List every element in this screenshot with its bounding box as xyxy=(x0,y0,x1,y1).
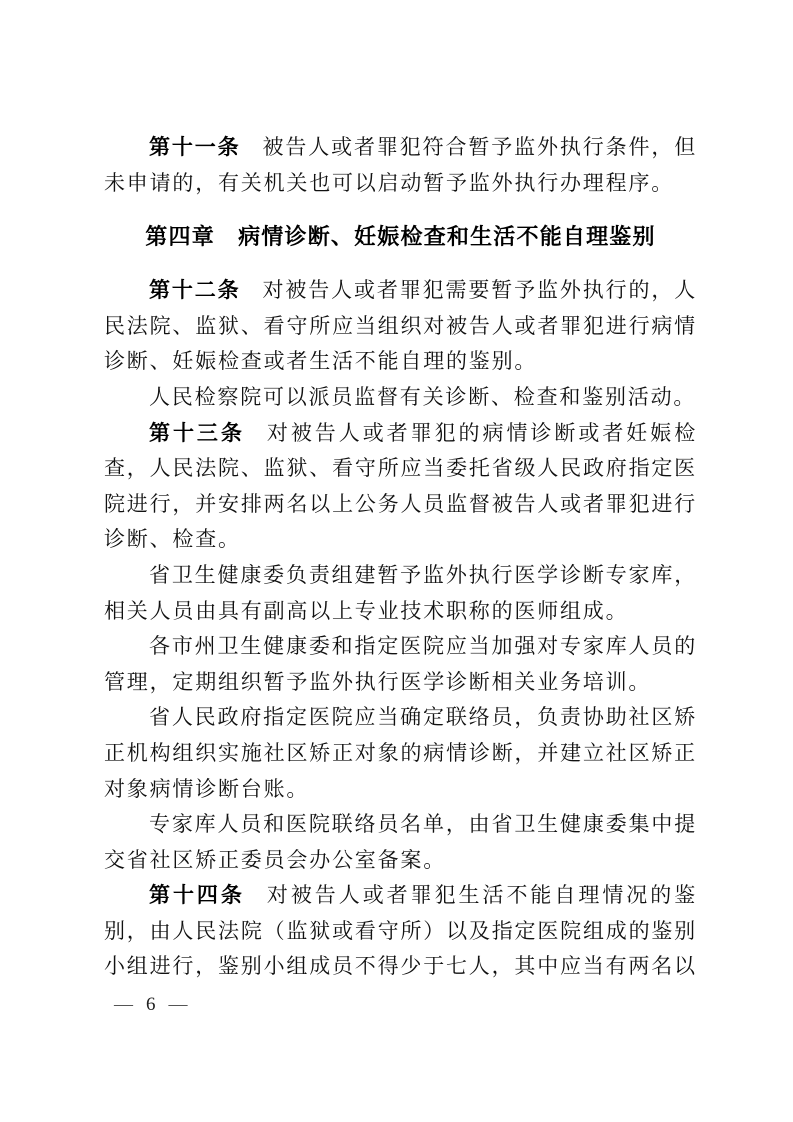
page-number: 6 xyxy=(146,994,156,1016)
body-paragraph: 省卫生健康委负责组建暂予监外执行医学诊断专家库，相关人员由具有副高以上专业技术职… xyxy=(104,558,697,629)
article-paragraph: 第十二条对被告人或者罪犯需要暂予监外执行的，人民法院、监狱、看守所应当组织对被告… xyxy=(104,273,697,380)
document-body: 第十一条被告人或者罪犯符合暂予监外执行条件，但未申请的，有关机关也可以启动暂予监… xyxy=(104,130,697,985)
paragraph-text: 专家库人员和医院联络员名单，由省卫生健康委集中提交省社区矫正委员会办公室备案。 xyxy=(104,812,697,872)
article-number: 第十一条 xyxy=(149,136,241,159)
article-number: 第十四条 xyxy=(149,884,245,907)
paragraph-text: 省卫生健康委负责组建暂予监外执行医学诊断专家库，相关人员由具有副高以上专业技术职… xyxy=(104,563,697,623)
body-paragraph: 专家库人员和医院联络员名单，由省卫生健康委集中提交省社区矫正委员会办公室备案。 xyxy=(104,807,697,878)
body-paragraph: 各市州卫生健康委和指定医院应当加强对专家库人员的管理，定期组织暂予监外执行医学诊… xyxy=(104,629,697,700)
body-paragraph: 省人民政府指定医院应当确定联络员，负责协助社区矫正机构组织实施社区矫正对象的病情… xyxy=(104,700,697,807)
footer-left-dash: — xyxy=(114,994,133,1016)
article-number: 第十三条 xyxy=(149,422,245,445)
chapter-heading: 第四章 病情诊断、妊娠检查和生活不能自理鉴别 xyxy=(104,219,697,255)
paragraph-text: 省人民政府指定医院应当确定联络员，负责协助社区矫正机构组织实施社区矫正对象的病情… xyxy=(104,705,697,800)
footer-right-dash: — xyxy=(169,994,188,1016)
article-paragraph: 第十一条被告人或者罪犯符合暂予监外执行条件，但未申请的，有关机关也可以启动暂予监… xyxy=(104,130,697,201)
page-footer: — 6 — xyxy=(114,994,188,1016)
paragraph-text: 各市州卫生健康委和指定医院应当加强对专家库人员的管理，定期组织暂予监外执行医学诊… xyxy=(104,634,697,694)
document-page: 第十一条被告人或者罪犯符合暂予监外执行条件，但未申请的，有关机关也可以启动暂予监… xyxy=(0,0,793,1122)
article-number: 第十二条 xyxy=(149,279,241,302)
article-paragraph: 第十三条对被告人或者罪犯的病情诊断或者妊娠检查，人民法院、监狱、看守所应当委托省… xyxy=(104,416,697,558)
body-paragraph: 人民检察院可以派员监督有关诊断、检查和鉴别活动。 xyxy=(104,380,697,416)
paragraph-text: 人民检察院可以派员监督有关诊断、检查和鉴别活动。 xyxy=(149,385,696,409)
article-paragraph: 第十四条对被告人或者罪犯生活不能自理情况的鉴别，由人民法院（监狱或看守所）以及指… xyxy=(104,878,697,985)
